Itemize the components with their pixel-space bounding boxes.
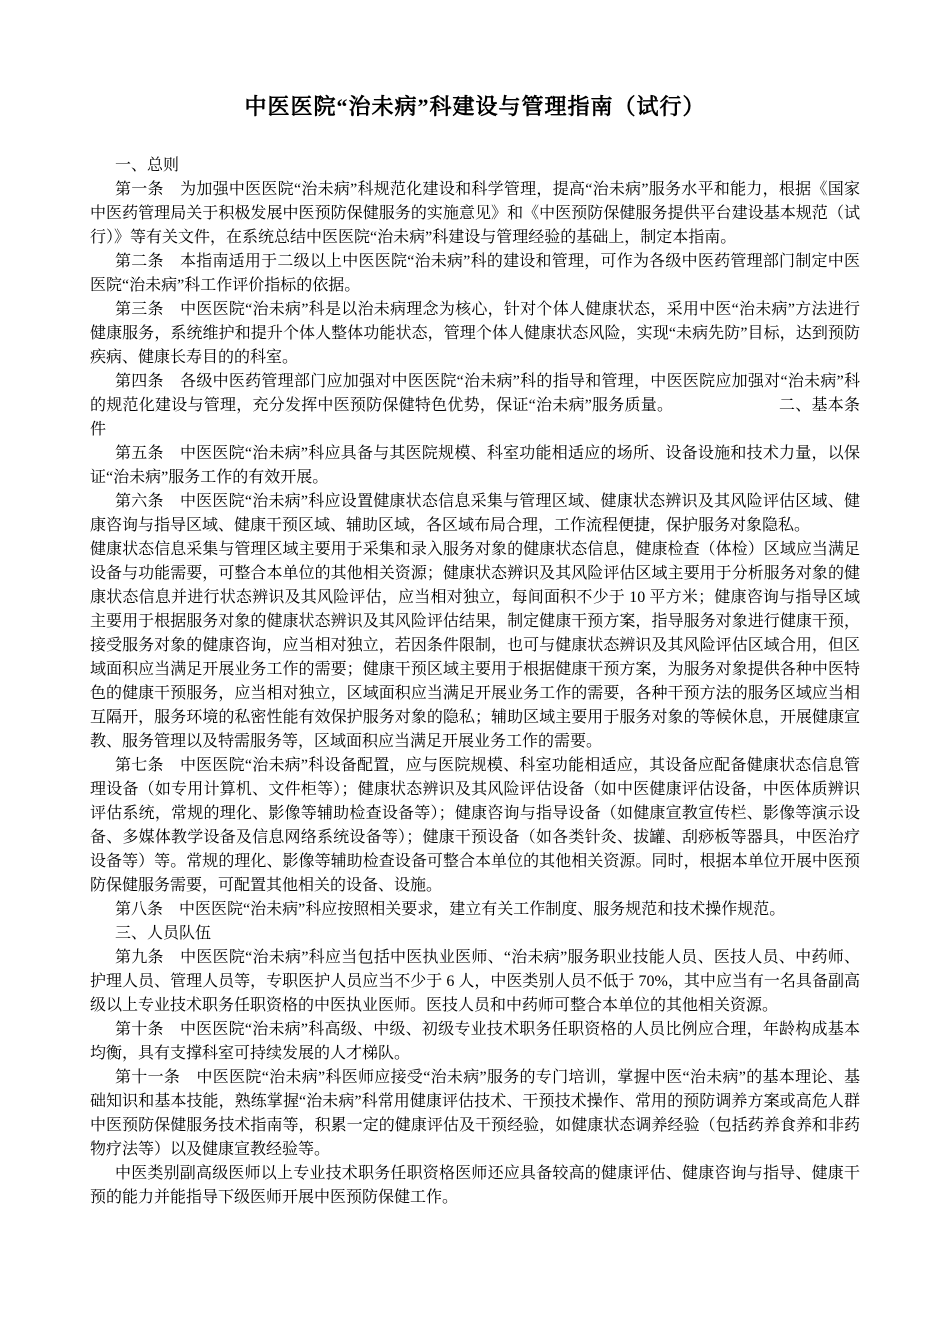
article-11: 第十一条 中医医院“治未病”科医师应接受“治未病”服务的专门培训，掌握中医“治未… xyxy=(90,1066,860,1162)
article-9: 第九条 中医医院“治未病”科应当包括中医执业医师、“治未病”服务职业技能人员、医… xyxy=(90,946,860,1018)
document-body: 一、总则 第一条 为加强中医医院“治未病”科规范化建设和科学管理，提高“治未病”… xyxy=(90,154,860,1210)
article-6-area-details: 健康状态信息采集与管理区域主要用于采集和录入服务对象的健康状态信息，健康检查（体… xyxy=(90,538,860,754)
article-11-continuation: 中医类别副高级医师以上专业技术职务任职资格医师还应具备较高的健康评估、健康咨询与… xyxy=(90,1162,860,1210)
article-4-with-section-2-heading: 第四条 各级中医药管理部门应加强对中医医院“治未病”科的指导和管理，中医医院应加… xyxy=(90,370,860,442)
heading-section-1: 一、总则 xyxy=(90,154,860,178)
document-title: 中医医院“治未病”科建设与管理指南（试行） xyxy=(90,92,860,122)
heading-section-3: 三、人员队伍 xyxy=(90,922,860,946)
article-1: 第一条 为加强中医医院“治未病”科规范化建设和科学管理，提高“治未病”服务水平和… xyxy=(90,178,860,250)
document-page: 中医医院“治未病”科建设与管理指南（试行） 一、总则 第一条 为加强中医医院“治… xyxy=(0,0,950,1344)
article-2: 第二条 本指南适用于二级以上中医医院“治未病”科的建设和管理，可作为各级中医药管… xyxy=(90,250,860,298)
article-10: 第十条 中医医院“治未病”科高级、中级、初级专业技术职务任职资格的人员比例应合理… xyxy=(90,1018,860,1066)
article-3: 第三条 中医医院“治未病”科是以治未病理念为核心，针对个体人健康状态，采用中医“… xyxy=(90,298,860,370)
document-content: 中医医院“治未病”科建设与管理指南（试行） 一、总则 第一条 为加强中医医院“治… xyxy=(0,0,950,1210)
article-8: 第八条 中医医院“治未病”科应按照相关要求，建立有关工作制度、服务规范和技术操作… xyxy=(90,898,860,922)
article-6: 第六条 中医医院“治未病”科应设置健康状态信息采集与管理区域、健康状态辨识及其风… xyxy=(90,490,860,538)
article-7: 第七条 中医医院“治未病”科设备配置，应与医院规模、科室功能相适应，其设备应配备… xyxy=(90,754,860,898)
article-5: 第五条 中医医院“治未病”科应具备与其医院规模、科室功能相适应的场所、设备设施和… xyxy=(90,442,860,490)
